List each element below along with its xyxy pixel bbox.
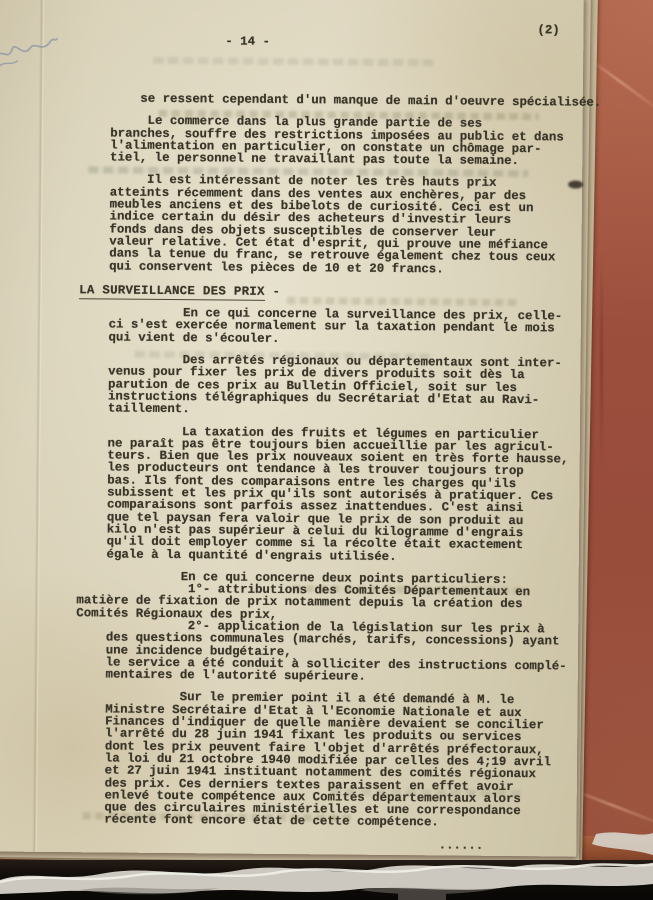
page-annotation: (2) — [537, 24, 559, 36]
page-number: - 14 - — [225, 35, 270, 48]
typed-paragraph: Le commerce dans la plus grande partie d… — [80, 115, 580, 169]
document-page: - 14 - (2) se ressent cependant d'un man… — [0, 0, 584, 857]
typed-paragraph: En ce qui concerne la surveillance des p… — [79, 306, 579, 347]
typed-paragraph: se ressent cependant d'un manque de main… — [81, 92, 581, 109]
typed-document-body: se ressent cependant d'un manque de main… — [74, 92, 581, 862]
typed-paragraph: En ce qui concerne deux points particuli… — [76, 570, 577, 685]
typed-paragraph: Des arrêtés régionaux ou départementaux … — [78, 353, 579, 419]
folder-crease — [600, 250, 603, 470]
typed-paragraph: Sur le premier point il a été demandé à … — [74, 691, 575, 831]
shadow-blob — [398, 892, 446, 900]
bleed-through-line — [153, 57, 433, 66]
typed-paragraph: Il est intéressant de noter les très hau… — [79, 174, 580, 277]
archive-photo-scene: - 14 - (2) se ressent cependant d'un man… — [0, 0, 653, 900]
handwritten-mark — [0, 30, 61, 72]
crumpled-tissue — [0, 828, 653, 900]
vertical-fold-crease — [32, 0, 45, 852]
typed-paragraph: La taxation des fruits et légumes en par… — [77, 425, 578, 565]
section-heading: LA SURVEILLANCE DES PRIX - — [79, 284, 579, 301]
heading-text: LA SURVEILLANCE DES PRIX — [79, 283, 265, 301]
